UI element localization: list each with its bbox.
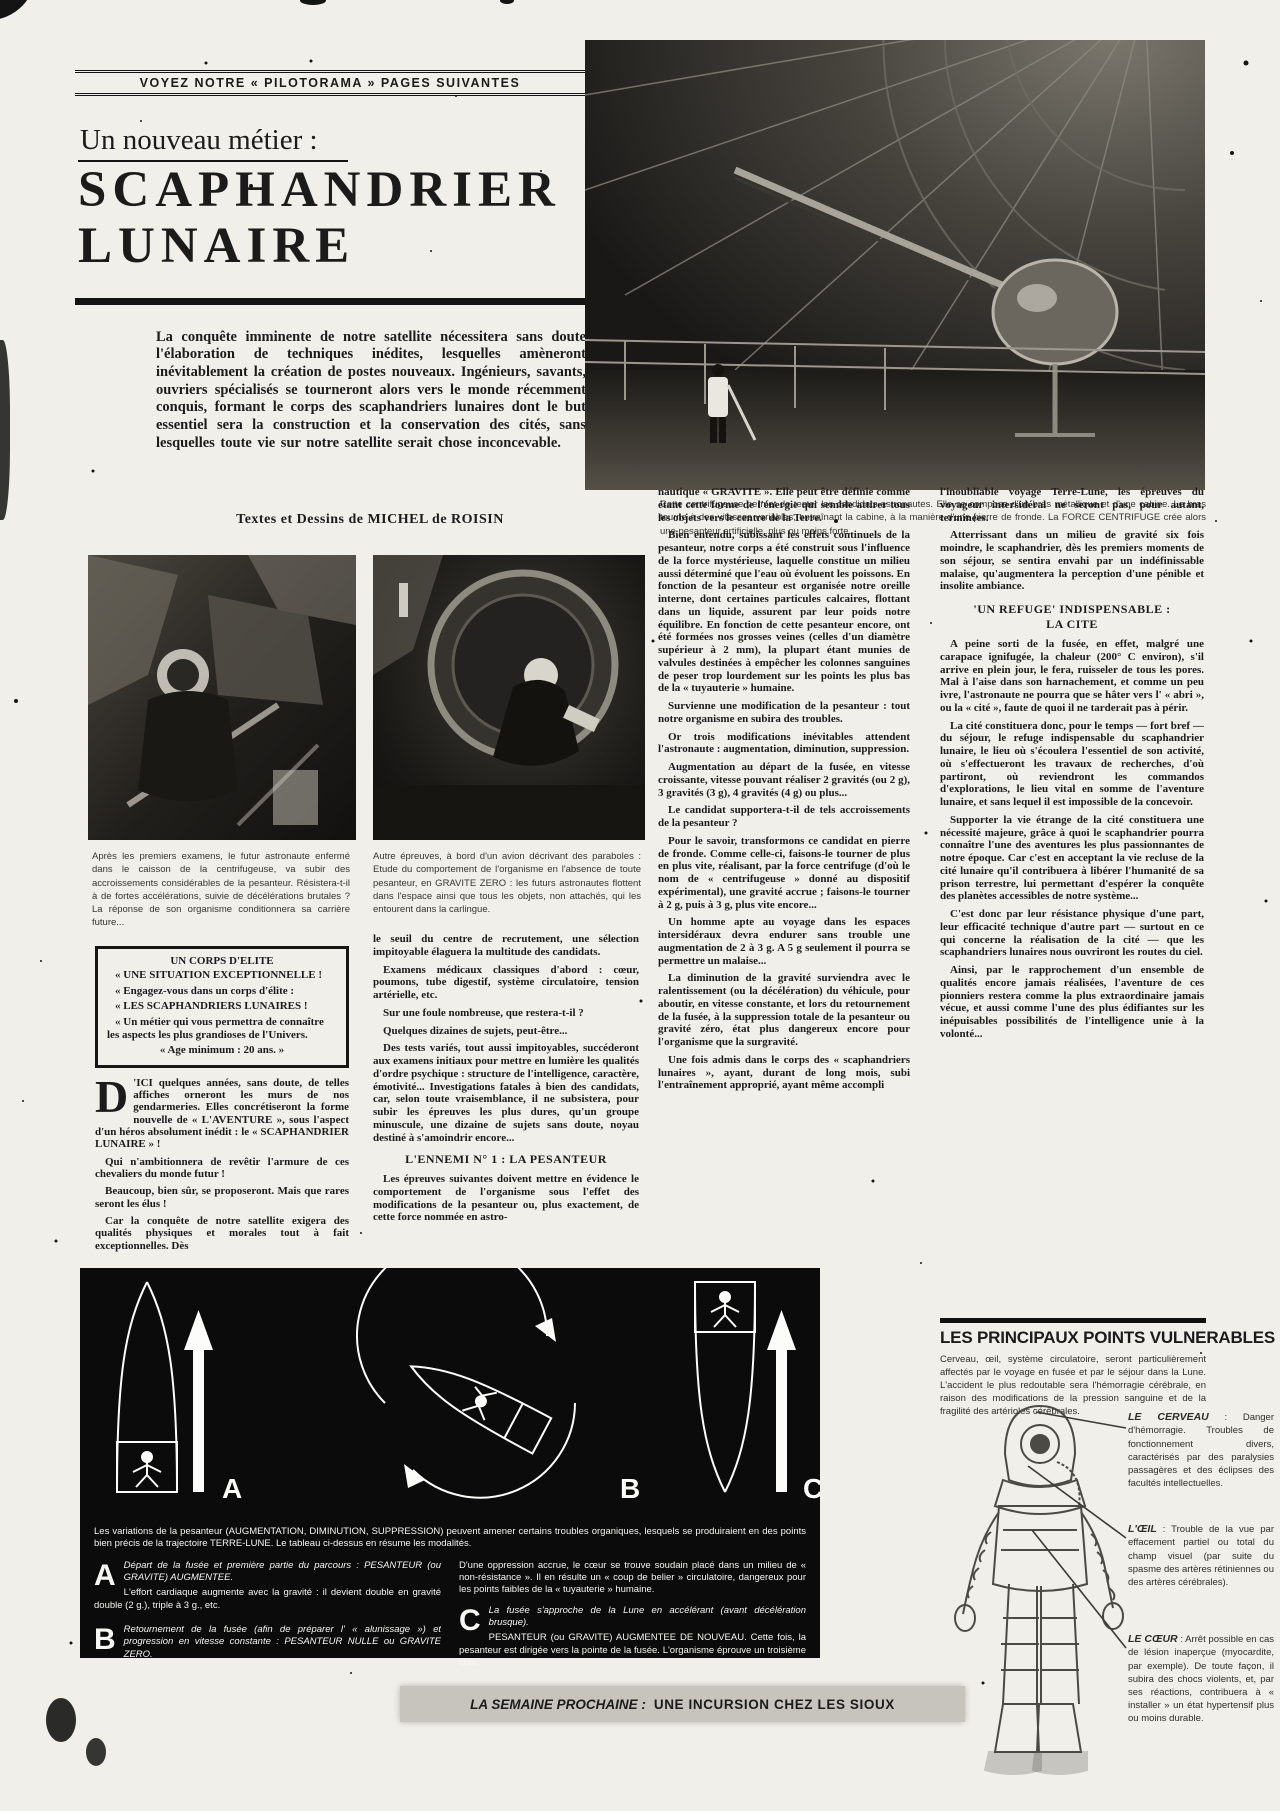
diagram-text-columns: A Départ de la fusée et première partie … — [80, 1556, 820, 1682]
rocket-diagram: A B C — [80, 1268, 820, 1516]
ink-blob — [300, 0, 326, 5]
photo-floor — [585, 370, 1205, 490]
col3-paragraph: Un homme apte au voyage dans les espaces… — [658, 916, 910, 967]
ink-blob — [0, 340, 10, 520]
magazine-page: { "header": { "topline": "VOYEZ NOTRE « … — [0, 0, 1280, 1811]
zero-g-illustration — [373, 555, 645, 840]
centrifuge-illustration — [585, 40, 1205, 490]
diagram-entry-a: A Départ de la fusée et première partie … — [94, 1560, 441, 1615]
byline: Textes et Dessins de MICHEL de ROISIN — [140, 512, 600, 528]
col4-paragraph: C'est donc par leur résistance physique … — [940, 908, 1204, 959]
caption-photo-right: Autre épreuves, à bord d'un avion décriv… — [373, 850, 641, 916]
photo-centrifuge — [585, 40, 1205, 490]
diagram-entry-b: B Retournement de la fusée (afin de prép… — [94, 1624, 441, 1664]
title-line-1: SCAPHANDRIER — [78, 162, 561, 218]
entry-a-body: L'effort cardiaque augmente avec la grav… — [94, 1587, 441, 1612]
up-arrow-a — [184, 1310, 213, 1492]
annotation-cerveau: LE CERVEAU : Danger d'hémorragie. Troubl… — [1128, 1410, 1274, 1490]
ink-blob — [46, 1698, 76, 1742]
col4-paragraph: Ainsi, par le rapprochement d'un ensembl… — [940, 964, 1204, 1041]
entry-b-lead: Retournement de la fusée (afin de prépar… — [94, 1624, 441, 1661]
diagram-label-a: A — [222, 1473, 242, 1504]
title-rule — [75, 298, 585, 305]
page-title: SCAPHANDRIER LUNAIRE — [78, 162, 561, 274]
col4-paragraph: A peine sorti de la fusée, en effet, mal… — [940, 638, 1204, 715]
topline-banner: VOYEZ NOTRE « PILOTORAMA » PAGES SUIVANT… — [75, 70, 585, 96]
col2-paragraph: le seuil du centre de recrutement, une s… — [373, 933, 639, 959]
banner-lead: LA SEMAINE PROCHAINE : — [470, 1697, 646, 1712]
photo-centrifuge-cabin — [88, 555, 356, 840]
box-line: « UNE SITUATION EXCEPTIONNELLE ! — [107, 969, 337, 982]
box-line: « Un métier qui vous permettra de connaî… — [107, 1016, 337, 1043]
annotation-coeur: LE CŒUR : Arrêt possible en cas de lésio… — [1128, 1632, 1274, 1725]
kicker: Un nouveau métier : — [78, 124, 348, 162]
banner-title: UNE INCURSION CHEZ LES SIOUX — [654, 1697, 895, 1712]
up-arrow-c — [767, 1310, 796, 1492]
kicker-text: Un nouveau métier : — [78, 124, 348, 162]
col1-paragraph: Car la conquête de notre satellite exige… — [95, 1215, 349, 1252]
diagram-oppression-paragraph: D'une oppression accrue, le cœur se trou… — [459, 1560, 806, 1597]
col4-paragraph: La cité constituera donc, pour le temps … — [940, 720, 1204, 809]
astronaut-line-drawing — [945, 1392, 1130, 1804]
col2-paragraph: Quelques dizaines de sujets, peut-être..… — [373, 1025, 639, 1038]
column-4: l'inoubliable voyage Terre-Lune, les épr… — [940, 486, 1204, 1308]
entry-c-body: PESANTEUR (ou GRAVITE) AUGMENTEE DE NOUV… — [459, 1632, 806, 1669]
box-line: « Age minimum : 20 ans. » — [107, 1044, 337, 1057]
gravity-diagram-panel: A B C Les variations de la pesanteur (AU… — [80, 1268, 820, 1658]
dropcap-d: D — [95, 1079, 128, 1115]
diagram-right-column: D'une oppression accrue, le cœur se trou… — [459, 1560, 806, 1682]
col1-paragraph: Beaucoup, bien sûr, se proposeront. Mais… — [95, 1185, 349, 1210]
section-heading-ennemi: L'ENNEMI N° 1 : LA PESANTEUR — [373, 1153, 639, 1167]
box-line: « LES SCAPHANDRIERS LUNAIRES ! — [107, 1000, 337, 1013]
column-3: nautique « GRAVITE ». Elle peut être déf… — [658, 486, 910, 1248]
refuge-heading-line2: LA CITE — [940, 617, 1204, 632]
intro-paragraph: La conquête imminente de notre satellite… — [156, 329, 586, 453]
entry-c-lead: La fusée s'approche de la Lune en accélé… — [459, 1605, 806, 1630]
col3-paragraph: La diminution de la gravité surviendra a… — [658, 972, 910, 1049]
annotation-text: : Arrêt possible en cas de lésion inaper… — [1128, 1634, 1274, 1724]
next-week-banner: LA SEMAINE PROCHAINE : UNE INCURSION CHE… — [400, 1686, 965, 1722]
annotation-term: LE CŒUR — [1128, 1633, 1178, 1645]
annotation-text: : Danger d'hémorragie. Troubles de fonct… — [1128, 1412, 1274, 1489]
col3-paragraph: Augmentation au départ de la fusée, en v… — [658, 761, 910, 799]
column-1: UN CORPS D'ELITE « UNE SITUATION EXCEPTI… — [95, 946, 349, 1264]
diagram-rocket-c — [695, 1282, 755, 1492]
diagram-caption: Les variations de la pesanteur (AUGMENTA… — [80, 1521, 820, 1553]
refuge-heading-line1: 'UN REFUGE' INDISPENSABLE : — [940, 602, 1204, 617]
diagram-rotation-b — [357, 1268, 575, 1498]
entry-letter-a: A — [94, 1563, 116, 1589]
diagram-label-b: B — [620, 1473, 640, 1504]
caption-photo-left: Après les premiers examens, le futur ast… — [92, 850, 350, 930]
col4-paragraph: Atterrissant dans un milieu de gravité s… — [940, 529, 1204, 593]
diagram-left-column: A Départ de la fusée et première partie … — [94, 1560, 441, 1682]
section-heading-refuge: 'UN REFUGE' INDISPENSABLE : LA CITE — [940, 602, 1204, 632]
entry-letter-b: B — [94, 1627, 116, 1653]
ink-blob — [500, 0, 514, 4]
ink-blob — [0, 0, 37, 27]
col3-paragraph: Pour le savoir, transformons ce candidat… — [658, 835, 910, 912]
ink-blob — [86, 1738, 106, 1766]
cabin-interior-illustration — [88, 555, 356, 840]
box-title: UN CORPS D'ELITE — [107, 955, 337, 968]
col3-paragraph: nautique « GRAVITE ». Elle peut être déf… — [658, 486, 910, 524]
annotation-oeil: L'ŒIL : Trouble de la vue par effacement… — [1128, 1522, 1274, 1589]
diagram-rocket-a — [117, 1282, 177, 1492]
col3-paragraph: Le candidat supportera-t-il de tels accr… — [658, 804, 910, 830]
photo-zero-gravity — [373, 555, 645, 840]
col1-paragraph: D'ICI quelques années, sans doute, de te… — [95, 1077, 349, 1151]
recruitment-poster-box: UN CORPS D'ELITE « UNE SITUATION EXCEPTI… — [95, 946, 349, 1068]
col4-paragraph: Supporter la vie étrange de la cité cons… — [940, 814, 1204, 903]
col3-paragraph: Or trois modifications inévitables atten… — [658, 731, 910, 757]
title-line-2: LUNAIRE — [78, 218, 561, 274]
diagram-label-c: C — [803, 1473, 820, 1504]
col2-paragraph: Des tests variés, tout aussi impitoyable… — [373, 1042, 639, 1144]
col3-paragraph: Survienne une modification de la pesante… — [658, 700, 910, 726]
col3-paragraph: Une fois admis dans le corps des « scaph… — [658, 1054, 910, 1092]
col4-paragraph: l'inoubliable voyage Terre-Lune, les épr… — [940, 486, 1204, 524]
col2-paragraph: Les épreuves suivantes doivent mettre en… — [373, 1173, 639, 1224]
annotation-term: LE CERVEAU — [1128, 1411, 1209, 1423]
entry-a-lead: Départ de la fusée et première partie du… — [94, 1560, 441, 1585]
vulnerable-heading: LES PRINCIPAUX POINTS VULNERABLES — [940, 1318, 1206, 1348]
entry-letter-c: C — [459, 1608, 481, 1634]
col3-paragraph: Bien entendu, subissant les effets conti… — [658, 529, 910, 695]
col2-paragraph: Examens médicaux classiques d'abord : cœ… — [373, 964, 639, 1002]
col2-paragraph: Sur une foule nombreuse, que restera-t-i… — [373, 1007, 639, 1020]
diagram-entry-c: C La fusée s'approche de la Lune en accé… — [459, 1605, 806, 1673]
box-line: « Engagez-vous dans un corps d'élite : — [107, 985, 337, 998]
col1-paragraph: Qui n'ambitionnera de revêtir l'armure d… — [95, 1156, 349, 1181]
annotation-term: L'ŒIL — [1128, 1523, 1157, 1535]
